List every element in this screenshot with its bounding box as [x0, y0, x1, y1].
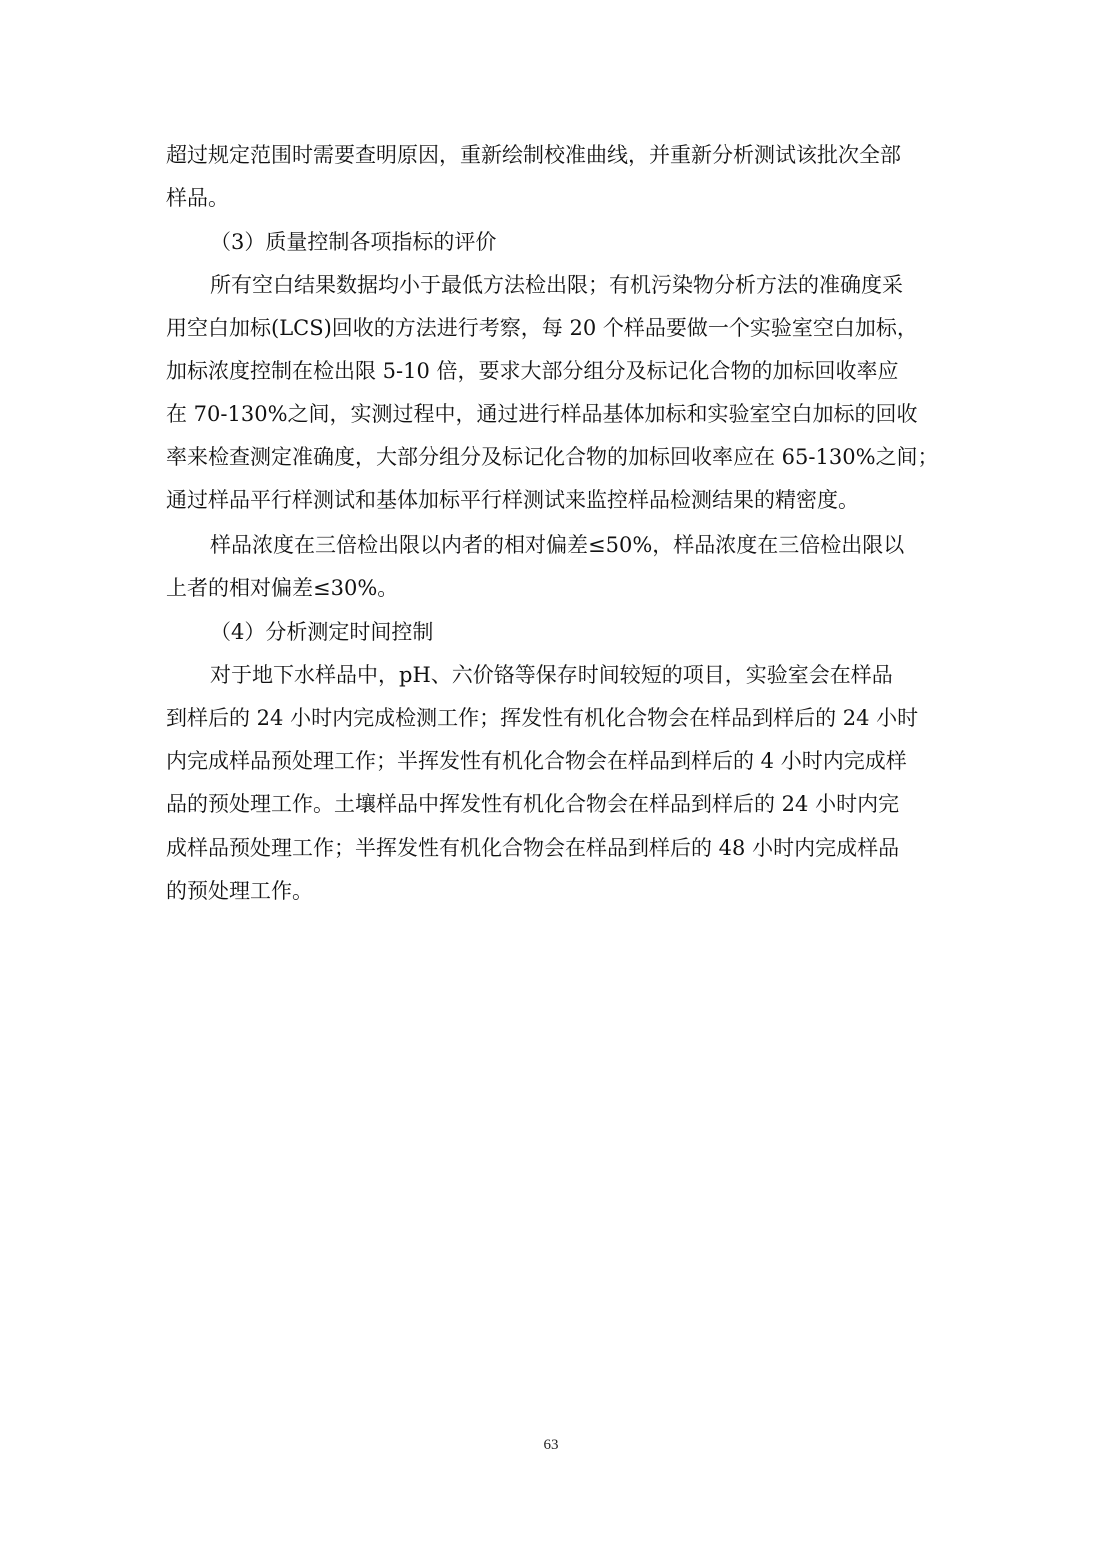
text-line-4: 所有空白结果数据均小于最低方法检出限；有机污染物分析方法的准确度采	[210, 264, 903, 307]
text-line-9: 通过样品平行样测试和基体加标平行样测试来监控样品检测结果的精密度。	[166, 479, 859, 522]
section-heading-4: （4）分析测定时间控制	[210, 611, 433, 654]
section-heading-3: （3）质量控制各项指标的评价	[210, 221, 496, 264]
text-line-10: 样品浓度在三倍检出限以内者的相对偏差≤50%，样品浓度在三倍检出限以	[210, 524, 904, 567]
text-line-15: 内完成样品预处理工作；半挥发性有机化合物会在样品到样后的 4 小时内完成样	[166, 740, 907, 783]
text-line-6: 加标浓度控制在检出限 5-10 倍，要求大部分组分及标记化合物的加标回收率应	[166, 350, 899, 393]
text-line-2: 样品。	[166, 177, 229, 220]
text-line-8: 率来检查测定准确度，大部分组分及标记化合物的加标回收率应在 65-130%之间；	[166, 436, 939, 479]
page-number: 63	[0, 1437, 1102, 1454]
text-line-11: 上者的相对偏差≤30%。	[166, 567, 398, 610]
document-page: 超过规定范围时需要查明原因，重新绘制校准曲线，并重新分析测试该批次全部 样品。 …	[0, 0, 1102, 1559]
text-line-1: 超过规定范围时需要查明原因，重新绘制校准曲线，并重新分析测试该批次全部	[166, 134, 901, 177]
text-line-17: 成样品预处理工作；半挥发性有机化合物会在样品到样后的 48 小时内完成样品	[166, 827, 899, 870]
text-line-14: 到样后的 24 小时内完成检测工作；挥发性有机化合物会在样品到样后的 24 小时	[166, 697, 918, 740]
text-line-16: 品的预处理工作。土壤样品中挥发性有机化合物会在样品到样后的 24 小时内完	[166, 783, 899, 826]
text-line-13: 对于地下水样品中，pH、六价铬等保存时间较短的项目，实验室会在样品	[210, 654, 893, 697]
text-line-7: 在 70-130%之间，实测过程中，通过进行样品基体加标和实验室空白加标的回收	[166, 393, 918, 436]
text-line-5: 用空白加标(LCS)回收的方法进行考察，每 20 个样品要做一个实验室空白加标，	[166, 307, 918, 350]
text-line-18: 的预处理工作。	[166, 870, 313, 913]
